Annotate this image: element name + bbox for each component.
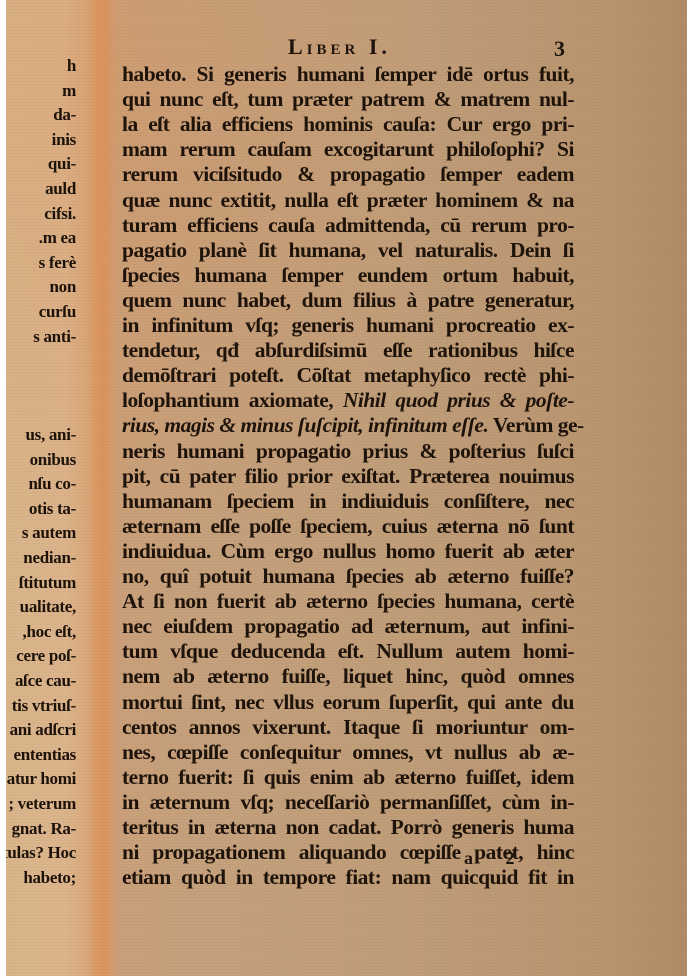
text-line: loſophantium axiomate, Nihil quod prius … (122, 388, 574, 412)
facing-page-line: m (62, 81, 76, 101)
text-line: humanam ſpeciem in indiuiduis conſiſtere… (122, 489, 574, 513)
facing-page-line: ententias (14, 745, 76, 765)
text-line: neris humani propagatio prius & poſteriu… (122, 439, 574, 463)
facing-page-line: s ferè (39, 253, 76, 273)
text-line: quæ nunc extitit, nulla eſt præter homin… (122, 188, 574, 212)
text-line: nec eiuſdem propagatio ad æternum, aut i… (122, 614, 574, 638)
signature-mark: a 2 (464, 848, 529, 869)
facing-page-line: onibus (30, 450, 76, 470)
page-number: 3 (554, 36, 565, 62)
text-line: centos annos vixerunt. Itaque ſi moriunt… (122, 715, 574, 739)
facing-page-line: non (49, 277, 76, 297)
text-line: nem ab æterno fuiſſe, liquet hinc, quòd … (122, 664, 574, 688)
text-line: mortui ſint, nec vllus eorum ſuperſit, q… (122, 690, 574, 714)
text-line: quem nunc habet, dum filius à patre gene… (122, 288, 574, 312)
text-line: tendetur, qđ abſurdiſsimū eſſe rationibu… (122, 338, 574, 362)
facing-page-line: h (67, 56, 76, 76)
gutter-shadow (86, 0, 114, 976)
facing-page-line: qui- (48, 154, 76, 174)
text-line: rerum viciſsitudo & propagatio ſemper ea… (122, 162, 574, 186)
running-head: Liber I. (288, 34, 391, 60)
text-line: teritus in æterna non cadat. Porrò gener… (122, 815, 574, 839)
text-line: no, quî potuit humana ſpecies ab æterno … (122, 564, 574, 588)
text-line: ſpecies humana ſemper eundem ortum habui… (122, 263, 574, 287)
facing-page-line: ani adſcri (10, 720, 76, 740)
text-line: qui nunc eſt, tum præter patrem & matrem… (122, 87, 574, 111)
facing-page-line: inis (52, 130, 76, 150)
text-line: indiuidua. Cùm ergo nullus homo fuerit a… (122, 539, 574, 563)
facing-page-line: .m ea (39, 228, 76, 248)
facing-page-line: otis ta- (29, 499, 76, 519)
text-line: mam rerum cauſam excogitarunt philoſophi… (122, 137, 574, 161)
facing-page-line: habeto; (23, 868, 76, 888)
facing-page-fragment: hmda-inisqui-auldcifsi..m eas ferènoncur… (6, 56, 76, 896)
text-line: At ſi non fuerit ab æterno ſpecies human… (122, 589, 574, 613)
text-line: rius, magis & minus ſuſcipit, infinitum … (122, 413, 574, 437)
text-line: in æternum vſq; neceſſariò permanſiſſet,… (122, 790, 574, 814)
facing-page-line: ; veterum (8, 794, 76, 814)
italic-quotation: rius, magis & minus ſuſcipit, infinitum … (122, 413, 488, 437)
facing-page-line: cere poſ- (16, 646, 76, 666)
facing-page-line: da- (53, 105, 76, 125)
facing-page-line: s autem (22, 523, 76, 543)
facing-page-line: tis vtriuſ- (12, 696, 76, 716)
text-line: la eſt alia efficiens hominis cauſa: Cur… (122, 112, 574, 136)
facing-page-line: gnat. Ra- (12, 819, 76, 839)
facing-page-line: curſu (39, 302, 76, 322)
text-line: turam efficiens cauſa admittenda, cū rer… (122, 213, 574, 237)
facing-page-line: nedian- (23, 548, 76, 568)
facing-page-line: nſu co- (29, 474, 77, 494)
text-line: pagatio planè ſit humana, vel naturalis.… (122, 238, 574, 262)
facing-page-line: aſce cau- (15, 671, 76, 691)
text-line: tum vſque deducenda eſt. Nullum autem ho… (122, 639, 574, 663)
facing-page-line: us, ani- (25, 425, 76, 445)
scanned-book-page: hmda-inisqui-auldcifsi..m eas ferènoncur… (6, 0, 687, 976)
facing-page-line: cifsi. (44, 204, 76, 224)
facing-page-line: atur homi (7, 769, 76, 789)
facing-page-line: tulas? Hoc (6, 843, 76, 863)
facing-page-line: auld (45, 179, 76, 199)
text-line: nes, cœpiſſe conſequitur omnes, vt nullu… (122, 740, 574, 764)
text-line: habeto. Si generis humani ſemper idē ort… (122, 62, 574, 86)
text-line: in infinitum vſq; generis humani procrea… (122, 313, 574, 337)
facing-page-line: ualitate, (20, 597, 76, 617)
text-line: terno fuerit: ſi quis enim ab æterno fui… (122, 765, 574, 789)
text-line: pit, cū pater filio prior exiſtat. Præte… (122, 464, 574, 488)
italic-quotation: Nihil quod prius & poſte- (343, 388, 574, 412)
text-line: æternam eſſe poſſe ſpeciem, cuius æterna… (122, 514, 574, 538)
facing-page-line: s anti- (33, 327, 76, 347)
facing-page-line: ſtitutum (19, 573, 76, 593)
facing-page-line: ,hoc eſt, (23, 622, 76, 642)
text-line: demōſtrari poteſt. Cōſtat metaphyſico re… (122, 363, 574, 387)
